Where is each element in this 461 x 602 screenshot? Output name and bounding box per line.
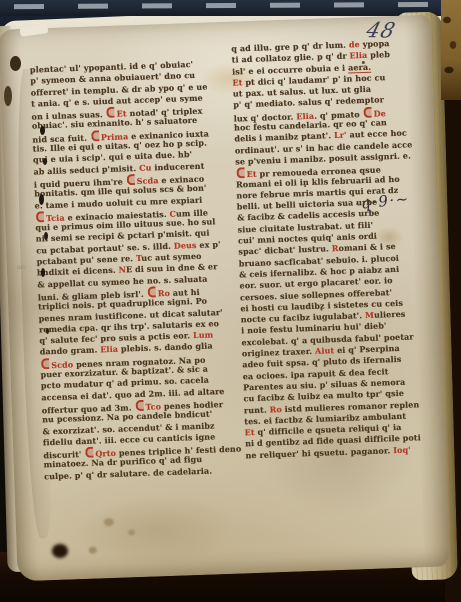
manuscript-text: uc aut symeo [141, 251, 202, 263]
manuscript-text: omani & i se [338, 241, 396, 253]
manuscript-text: inducerent [151, 160, 204, 172]
manuscript-text: ex p' [196, 239, 220, 250]
manuscript-text: ypopa [360, 38, 390, 49]
rubric-text: Deus [174, 240, 197, 251]
rubric-text: Cu [139, 162, 152, 172]
rubric-text: Elia [349, 50, 367, 61]
rubric-paraph-icon [85, 447, 93, 458]
rubric-text: Et [232, 77, 242, 87]
rubric-text: Lr' [334, 130, 347, 140]
rubric-text: Et [245, 427, 255, 437]
binding-corner-fragment [441, 0, 461, 100]
rubric-paraph-icon [36, 211, 44, 222]
stain [89, 547, 97, 554]
rubric-text: de [349, 39, 360, 49]
manuscript-text: ei q' Pserpina [334, 343, 400, 355]
rubric-text: Ioq' [393, 444, 411, 455]
rubric-text: Lum [193, 330, 214, 341]
manuscript-text: pleb [367, 49, 390, 60]
rubric-paraph-icon [126, 174, 134, 185]
manuscript-text: aut ecce hoc [346, 128, 407, 140]
rubric-text: Ro [269, 404, 282, 414]
rubric-paraph-icon [41, 358, 49, 369]
manuscript-text: dando gram. [40, 345, 101, 357]
rubric-paraph-icon [106, 107, 114, 118]
film-strip-ticks-icon [0, 2, 461, 9]
rubric-paraph-icon [363, 107, 371, 118]
manuscript-text: ulieres [374, 309, 406, 320]
rubric-text: Elia [100, 344, 118, 355]
rubric-paraph-icon [135, 400, 143, 411]
manuscript-text: aera. [348, 61, 371, 73]
rubric-text: Aiut [315, 345, 335, 356]
stain [104, 518, 114, 526]
manuscript-text: runt. [244, 404, 270, 415]
stain [75, 492, 237, 568]
film-strip [0, 0, 461, 16]
margin-correction: ae [17, 263, 26, 271]
rubric-paraph-icon [147, 286, 155, 297]
manuscript-page: 48 ·q·9·~ ae plentac' ul' ypopanti. id e… [0, 15, 450, 582]
manuscript-photo: 48 ·q·9·~ ae plentac' ul' ypopanti. id e… [0, 0, 461, 602]
rubric-paraph-icon [91, 130, 99, 141]
text-column-left: plentac' ul' ypopanti. id e q' obuiac'p'… [30, 58, 226, 482]
rubric-paraph-icon [236, 167, 244, 178]
stain [128, 529, 135, 535]
text-column-right: q ad illu. gre p q' dr lum. de ypopati a… [231, 37, 429, 461]
